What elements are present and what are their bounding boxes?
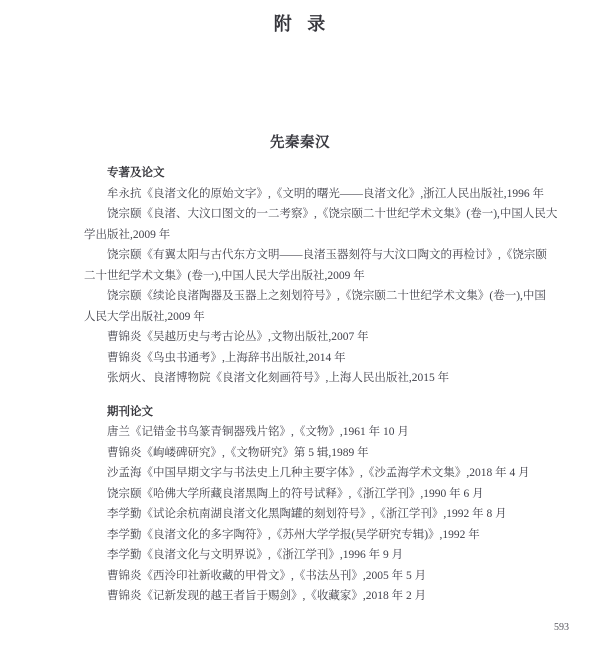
bibliography-line: 饶宗颐《续论良渚陶器及玉器上之刻划符号》,《饶宗颐二十世纪学术文集》(卷一),中… [84,286,552,307]
bibliography-line: 沙孟海《中国早期文字与书法史上几种主要字体》,《沙孟海学术文集》,2018 年 … [84,463,552,484]
bibliography-line: 唐兰《记错金书鸟篆青铜器残片铭》,《文物》,1961 年 10 月 [84,422,552,443]
bibliography-line: 李学勤《试论余杭南湖良渚文化黑陶罐的刻划符号》,《浙江学刊》,1992 年 8 … [84,504,552,525]
document-page: 附 录 先秦秦汉 专著及论文 牟永抗《良渚文化的原始文字》,《文明的曙光——良渚… [0,0,600,666]
bibliography-line: 饶宗颐《有翼太阳与古代东方文明——良渚玉器刻符与大汶口陶文的再检讨》,《饶宗颐 [84,245,552,266]
bibliography-content: 专著及论文 牟永抗《良渚文化的原始文字》,《文明的曙光——良渚文化》,浙江人民出… [84,163,552,607]
bibliography-line: 饶宗颐《哈佛大学所藏良渚黑陶上的符号试释》,《浙江学刊》,1990 年 6 月 [84,484,552,505]
bibliography-line: 李学勤《良渚文化与文明界说》,《浙江学刊》,1996 年 9 月 [84,545,552,566]
chapter-heading: 先秦秦汉 [0,131,600,152]
bibliography-line: 张炳火、良渚博物院《良渚文化刻画符号》,上海人民出版社,2015 年 [84,368,552,389]
bibliography-line: 李学勤《良渚文化的多字陶符》,《苏州大学学报(吴学研究专辑)》,1992 年 [84,525,552,546]
bibliography-section-heading: 期刊论文 [84,402,552,423]
page-number: 593 [0,622,569,633]
bibliography-line: 牟永抗《良渚文化的原始文字》,《文明的曙光——良渚文化》,浙江人民出版社,199… [84,184,552,205]
bibliography-line: 曹锦炎《西泠印社新收藏的甲骨文》,《书法丛刊》,2005 年 5 月 [84,566,552,587]
bibliography-line: 曹锦炎《吴越历史与考古论丛》,文物出版社,2007 年 [84,327,552,348]
bibliography-line: 学出版社,2009 年 [84,225,552,246]
bibliography-line: 曹锦炎《记新发现的越王者旨于赐剑》,《收藏家》,2018 年 2 月 [84,586,552,607]
bibliography-section-journals: 期刊论文 唐兰《记错金书鸟篆青铜器残片铭》,《文物》,1961 年 10 月曹锦… [84,402,552,607]
bibliography-line: 曹锦炎《岣嵝碑研究》,《文物研究》第 5 辑,1989 年 [84,443,552,464]
bibliography-section-heading: 专著及论文 [84,163,552,184]
bibliography-line: 人民大学出版社,2009 年 [84,307,552,328]
bibliography-line: 饶宗颐《良渚、大汶口图文的一二考察》,《饶宗颐二十世纪学术文集》(卷一),中国人… [84,204,552,225]
bibliography-line: 曹锦炎《鸟虫书通考》,上海辞书出版社,2014 年 [84,348,552,369]
bibliography-section-monographs: 专著及论文 牟永抗《良渚文化的原始文字》,《文明的曙光——良渚文化》,浙江人民出… [84,163,552,389]
page-title: 附 录 [0,10,600,36]
bibliography-line: 二十世纪学术文集》(卷一),中国人民大学出版社,2009 年 [84,266,552,287]
